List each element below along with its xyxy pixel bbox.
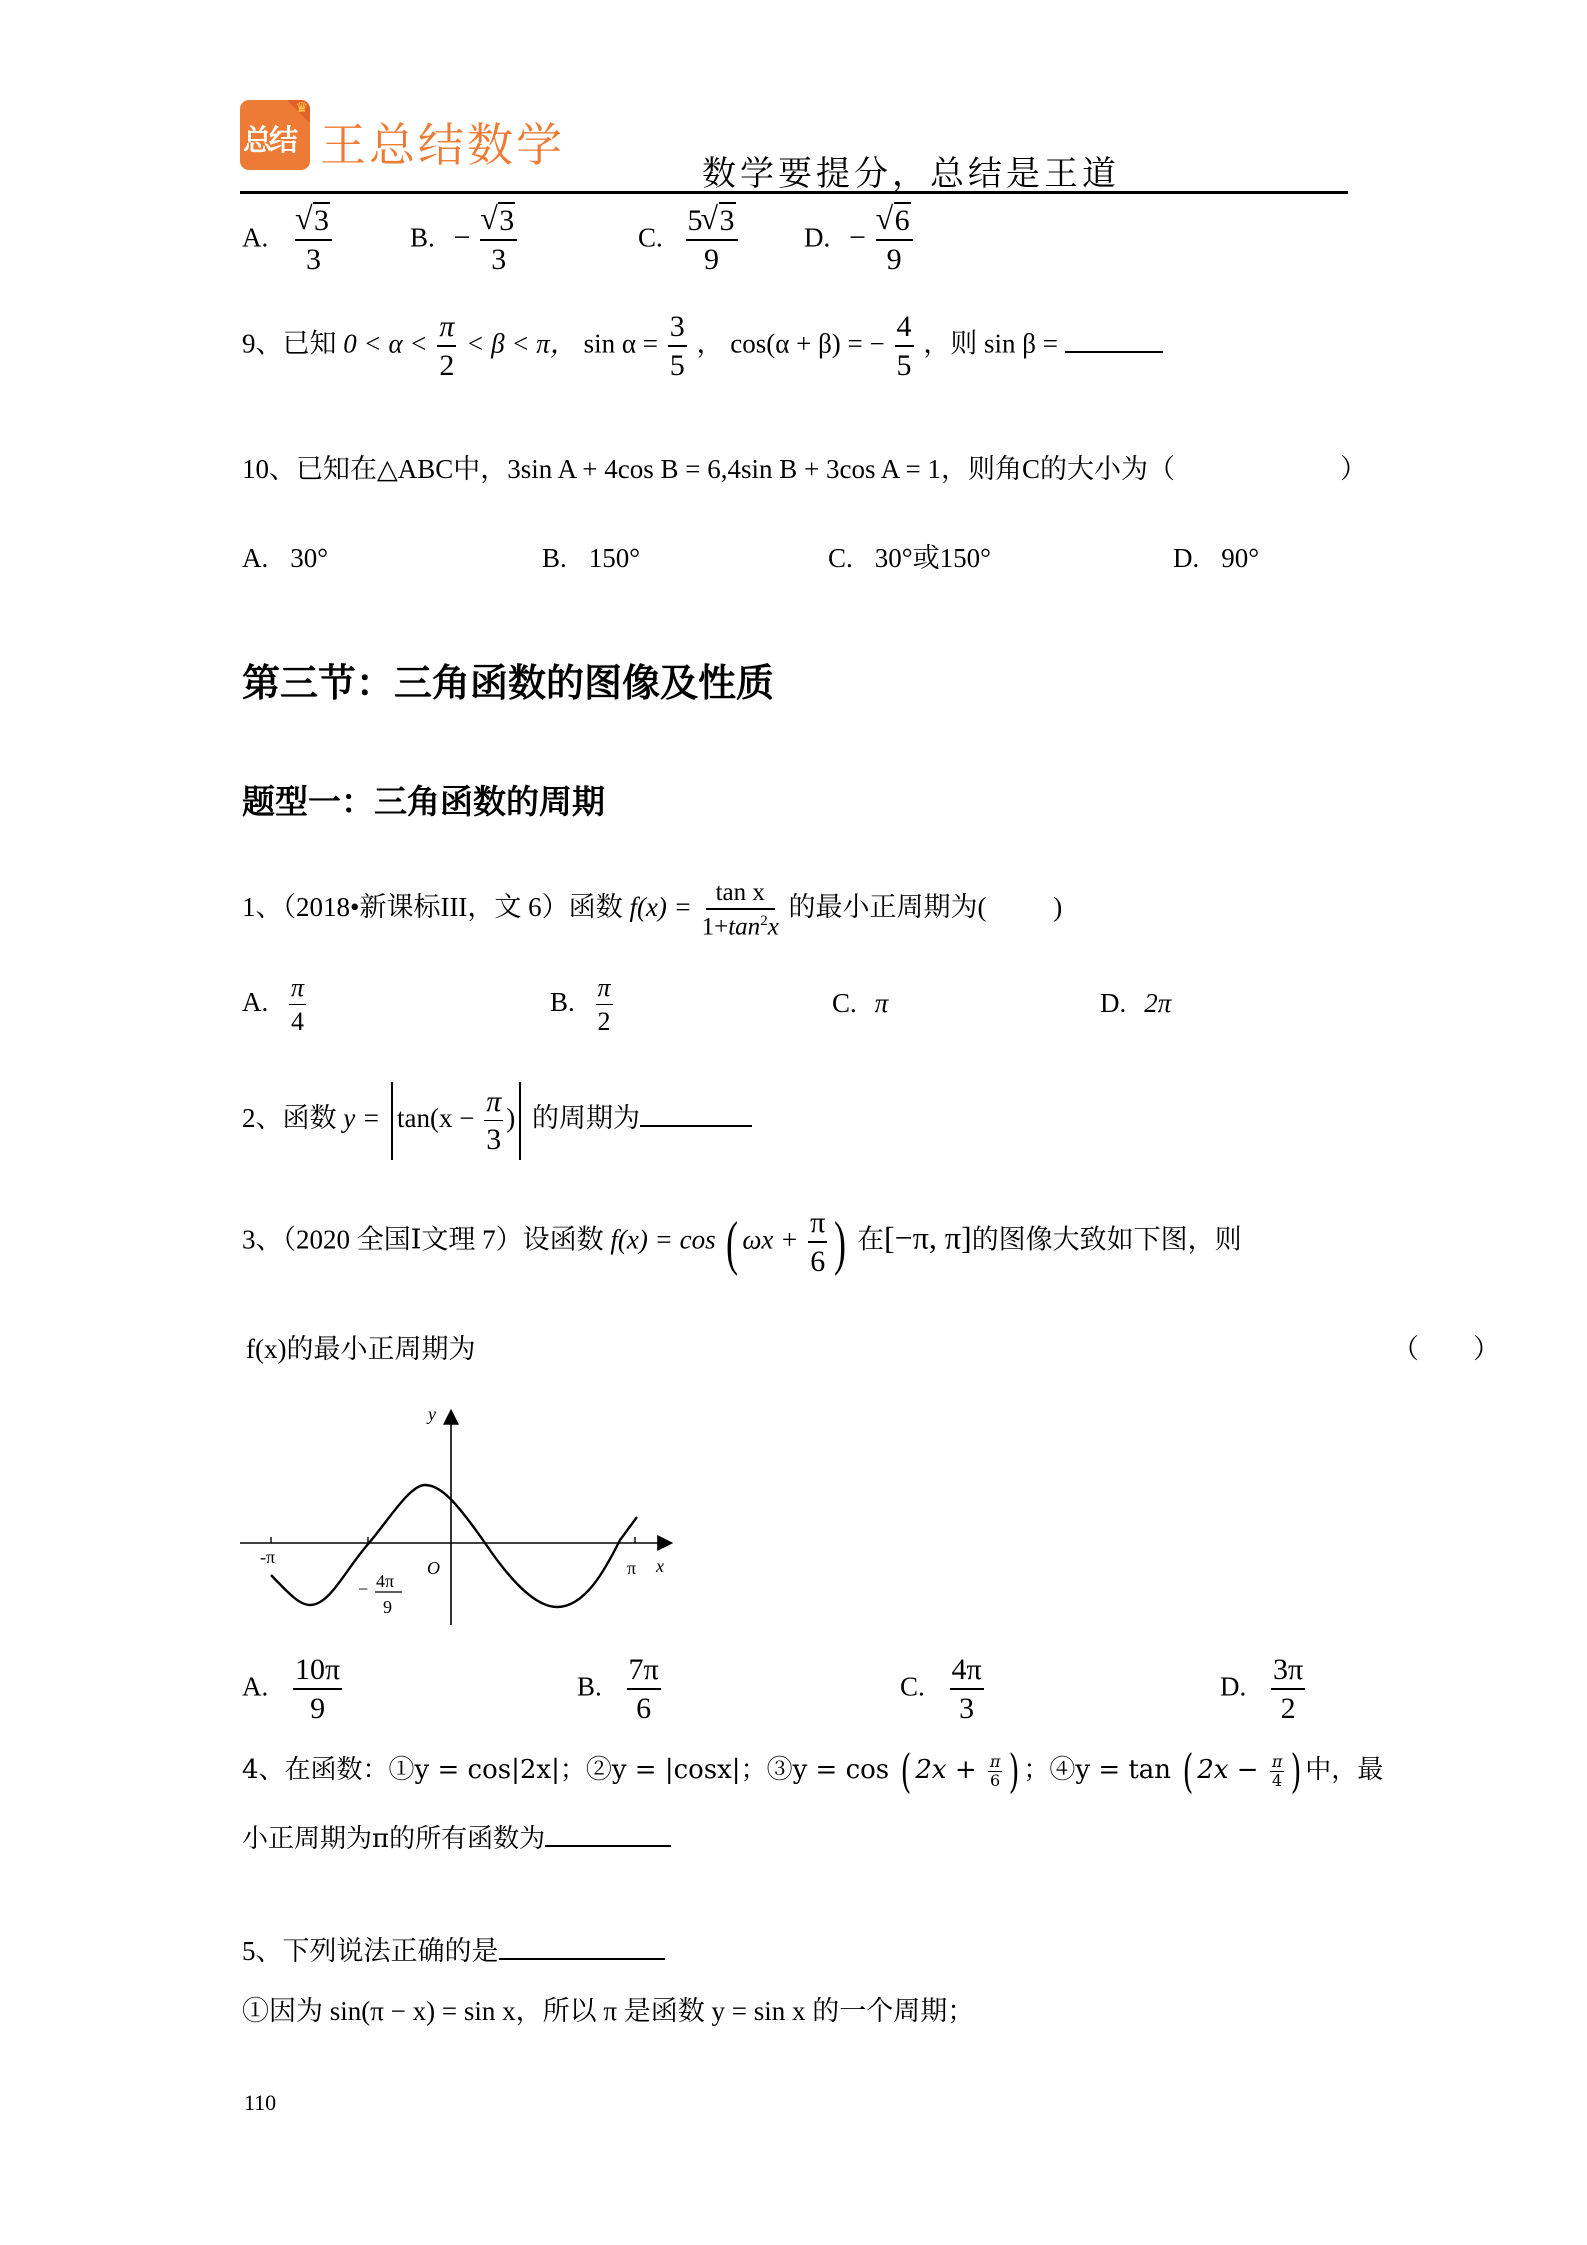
q8-option-b: B. − 3 3 bbox=[410, 206, 520, 275]
q10-option-d: D.90° bbox=[1173, 545, 1259, 572]
comma: ， bbox=[696, 329, 723, 359]
three-fifths: 3 5 bbox=[668, 312, 687, 381]
option-fraction: 7π 6 bbox=[627, 1655, 661, 1724]
right-paren: ) bbox=[834, 1213, 846, 1273]
option-fraction: 10π 9 bbox=[293, 1655, 342, 1724]
pi-over-3: π 3 bbox=[484, 1087, 503, 1155]
label-origin: O bbox=[427, 1558, 440, 1578]
question-10: 10、已知在△ABC中，3sin A + 4cos B = 6,4sin B +… bbox=[242, 456, 1175, 483]
numerator: 4π bbox=[950, 1655, 984, 1690]
radicand: 3 bbox=[498, 202, 515, 237]
option-label: D. bbox=[804, 223, 830, 253]
right-paren: ) bbox=[1009, 1748, 1020, 1794]
cosine-graph: -π O π x y − 4π 9 bbox=[230, 1400, 680, 1640]
radicand: 3 bbox=[313, 202, 330, 237]
option-value: 2π bbox=[1144, 988, 1171, 1018]
answer-blank[interactable] bbox=[640, 1125, 752, 1127]
denominator: 2 bbox=[439, 347, 454, 381]
numerator: 3 bbox=[668, 312, 687, 347]
answer-paren[interactable]: ) bbox=[1053, 892, 1062, 922]
q8-option-a: A. 3 3 bbox=[242, 206, 335, 275]
problem-5-item-1: ①因为 sin(π − x) = sin x，所以 π 是函数 y = sin … bbox=[242, 1998, 974, 2025]
denominator: 4 bbox=[1272, 1772, 1282, 1789]
option-fraction: 4π 3 bbox=[950, 1655, 984, 1724]
option-value: 30°或150° bbox=[875, 543, 991, 573]
option-value: 90° bbox=[1221, 543, 1259, 573]
option-label: C. bbox=[832, 988, 857, 1018]
inner-expression: 2x + bbox=[915, 1755, 976, 1785]
problem-4: 4、在函数：①y = cos|2x|；②y = |cosx|；③y = cos … bbox=[242, 1748, 1383, 1794]
label-minus: − bbox=[358, 1579, 368, 1599]
numerator: 4 bbox=[895, 312, 914, 347]
denominator: 6 bbox=[636, 1690, 651, 1724]
label-9: 9 bbox=[383, 1597, 392, 1617]
question-prefix: 2、函数 bbox=[242, 1103, 337, 1133]
tan-expression: tan(x − bbox=[397, 1103, 474, 1133]
statement-text: ①因为 sin(π − x) = sin x，所以 π 是函数 y = sin … bbox=[242, 1996, 974, 2026]
option-label: B. bbox=[550, 987, 575, 1017]
numerator: π bbox=[289, 975, 306, 1005]
numerator: π bbox=[808, 1208, 827, 1243]
question-type-title: 题型一：三角函数的周期 bbox=[242, 776, 605, 823]
question-9: 9、已知 0 < α < π 2 < β < π， sin α = 3 5 ， … bbox=[242, 312, 1163, 381]
problem-3: 3、（2020 全国Ⅰ文理 7）设函数 f(x) = cos (ωx + π 6… bbox=[242, 1208, 1242, 1277]
question-text: 5、下列说法正确的是 bbox=[242, 1936, 499, 1966]
question-text: 10、已知在△ABC中，3sin A + 4cos B = 6,4sin B +… bbox=[242, 454, 1175, 484]
function-lhs: f(x) = cos bbox=[610, 1225, 715, 1255]
minus-sign: − bbox=[454, 221, 471, 254]
radicand: 3 bbox=[719, 202, 736, 237]
question-text: 4、在函数：①y = cos|2x|；②y = |cosx|；③y = cos bbox=[242, 1755, 889, 1785]
numerator: π bbox=[1270, 1754, 1285, 1772]
option-label: C. bbox=[638, 223, 663, 253]
problem-3-line2: f(x)的最小正周期为 bbox=[246, 1336, 475, 1363]
problem-2: 2、函数 y = tan(x − π 3 ) 的周期为 bbox=[242, 1082, 752, 1160]
option-fraction: 3π 2 bbox=[1271, 1655, 1305, 1724]
option-label: A. bbox=[242, 223, 268, 253]
option-label: A. bbox=[242, 543, 268, 573]
abs-bar-right bbox=[519, 1082, 521, 1160]
question-prefix: 9、已知 bbox=[242, 329, 337, 359]
q10-option-c: C.30°或150° bbox=[828, 545, 991, 572]
denominator: 3 bbox=[959, 1690, 974, 1724]
numerator: tan x bbox=[716, 879, 765, 906]
minus-sign: − bbox=[849, 221, 866, 254]
right-paren: ) bbox=[506, 1103, 515, 1133]
denominator: 5 bbox=[670, 347, 685, 381]
problem-4-line2: 小正周期为π的所有函数为 bbox=[242, 1826, 671, 1852]
q8-option-c: C. 53 9 bbox=[638, 206, 741, 275]
numerator: 3π bbox=[1271, 1655, 1305, 1690]
question-suffix: 的图像大致如下图，则 bbox=[972, 1225, 1242, 1255]
answer-blank[interactable] bbox=[499, 1958, 665, 1960]
question-text: 中，最 bbox=[1305, 1755, 1383, 1785]
option-label: D. bbox=[1100, 988, 1126, 1018]
p1-option-d: D.2π bbox=[1100, 990, 1171, 1017]
four-fifths: 4 5 bbox=[895, 312, 914, 381]
label-4pi: 4π bbox=[376, 1571, 394, 1591]
option-label: A. bbox=[242, 987, 268, 1017]
connector: 在 bbox=[857, 1225, 884, 1255]
denominator-part: 1+ bbox=[702, 913, 729, 940]
denominator: 9 bbox=[310, 1690, 325, 1724]
sin-beta: sin β = bbox=[984, 329, 1058, 359]
denominator: 6 bbox=[810, 1243, 825, 1277]
numerator: π bbox=[437, 312, 456, 347]
question-suffix: 的最小正周期为( bbox=[789, 892, 987, 922]
numerator: π bbox=[484, 1087, 503, 1121]
function-lhs: y = bbox=[343, 1103, 380, 1133]
option-fraction: 3 3 bbox=[480, 206, 517, 275]
cos-alpha-beta: cos(α + β) = − bbox=[730, 329, 885, 359]
option-fraction: π 4 bbox=[289, 975, 306, 1035]
p3-option-c: C. 4π 3 bbox=[900, 1655, 987, 1724]
option-value: 150° bbox=[589, 543, 640, 573]
option-label: A. bbox=[242, 1672, 268, 1702]
denominator: 3 bbox=[486, 1121, 501, 1155]
tan-fraction: tan x 1+tan2x bbox=[702, 880, 779, 939]
pi-over-4: π 4 bbox=[1270, 1754, 1285, 1789]
p3-answer-paren[interactable]: （ ） bbox=[1392, 1336, 1500, 1363]
numerator: π bbox=[988, 1754, 1003, 1772]
denominator: 2 bbox=[598, 1005, 611, 1035]
question-prefix: 3、（2020 全国Ⅰ文理 7）设函数 bbox=[242, 1225, 604, 1255]
q8-option-d: D. − 6 9 bbox=[804, 206, 916, 275]
interval: [−π, π] bbox=[884, 1220, 972, 1256]
option-fraction: 6 9 bbox=[876, 206, 913, 275]
option-label: B. bbox=[542, 543, 567, 573]
option-label: C. bbox=[828, 543, 853, 573]
denominator: 9 bbox=[704, 241, 719, 275]
label-neg-pi: -π bbox=[260, 1547, 275, 1567]
label-x: x bbox=[655, 1556, 664, 1576]
condition: < β < π， bbox=[466, 329, 577, 359]
p1-option-b: B. π 2 bbox=[550, 975, 616, 1035]
q10-answer-paren[interactable]: ） bbox=[1340, 456, 1367, 483]
question-text: f(x)的最小正周期为 bbox=[246, 1334, 475, 1364]
header-slogan: 数学要提分，总结是王道 bbox=[702, 146, 1120, 195]
question-text: 小正周期为π的所有函数为 bbox=[242, 1824, 545, 1854]
section-title: 第三节：三角函数的图像及性质 bbox=[242, 652, 774, 707]
option-label: D. bbox=[1220, 1672, 1246, 1702]
p3-option-a: A. 10π 9 bbox=[242, 1655, 345, 1724]
label-y: y bbox=[426, 1404, 436, 1424]
exponent: 2 bbox=[760, 913, 768, 929]
q10-option-a: A.30° bbox=[242, 545, 328, 572]
problem-5: 5、下列说法正确的是 bbox=[242, 1938, 665, 1965]
denominator: 9 bbox=[887, 241, 902, 275]
pi-over-6: π 6 bbox=[808, 1208, 827, 1277]
numerator: π bbox=[596, 975, 613, 1005]
denominator: 2 bbox=[1281, 1690, 1296, 1724]
option-fraction: π 2 bbox=[596, 975, 613, 1035]
q10-option-b: B.150° bbox=[542, 545, 640, 572]
option-label: B. bbox=[410, 223, 435, 253]
denominator-part: tan bbox=[728, 913, 760, 940]
option-fraction: 53 9 bbox=[686, 206, 738, 275]
denominator-part: x bbox=[768, 913, 779, 940]
denominator: 4 bbox=[291, 1005, 304, 1035]
crown-icon: ♛ bbox=[295, 100, 308, 117]
left-paren: ( bbox=[726, 1213, 738, 1273]
logo-mark: 总结 bbox=[243, 118, 295, 159]
option-fraction: 3 3 bbox=[295, 206, 332, 275]
denominator: 5 bbox=[897, 347, 912, 381]
label-pi: π bbox=[627, 1558, 636, 1578]
answer-blank[interactable] bbox=[545, 1845, 671, 1847]
left-paren: ( bbox=[1183, 1748, 1194, 1794]
page-number: 110 bbox=[244, 2090, 276, 2116]
option-label: C. bbox=[900, 1672, 925, 1702]
question-prefix: 1、（2018•新课标III，文 6）函数 bbox=[242, 892, 623, 922]
abs-bar-left bbox=[391, 1082, 393, 1160]
then-text: ，则 bbox=[923, 329, 977, 359]
pi-over-6: π 6 bbox=[988, 1754, 1003, 1789]
denominator: 6 bbox=[990, 1772, 1000, 1789]
function-name: f(x) = bbox=[629, 892, 691, 922]
radicand: 6 bbox=[894, 202, 911, 237]
answer-blank[interactable] bbox=[1065, 351, 1163, 353]
numerator: 7π bbox=[627, 1655, 661, 1690]
right-paren: ) bbox=[1291, 1748, 1302, 1794]
p1-option-a: A. π 4 bbox=[242, 975, 309, 1035]
question-text: ；④y = tan bbox=[1023, 1755, 1171, 1785]
condition: 0 < α < bbox=[343, 329, 427, 359]
question-suffix: 的周期为 bbox=[532, 1103, 640, 1133]
denominator: 3 bbox=[306, 241, 321, 275]
p1-option-c: C.π bbox=[832, 990, 888, 1017]
p3-option-d: D. 3π 2 bbox=[1220, 1655, 1308, 1724]
pi-over-2: π 2 bbox=[437, 312, 456, 381]
option-label: D. bbox=[1173, 543, 1199, 573]
p3-option-b: B. 7π 6 bbox=[577, 1655, 664, 1724]
option-label: B. bbox=[577, 1672, 602, 1702]
denominator: 3 bbox=[491, 241, 506, 275]
omega-term: ωx + bbox=[742, 1225, 798, 1255]
option-value: π bbox=[875, 988, 889, 1018]
logo-badge: ♛ 总结 bbox=[240, 100, 310, 170]
left-paren: ( bbox=[901, 1748, 912, 1794]
sin-alpha: sin α = bbox=[584, 329, 658, 359]
logo-text: 王总结数学 bbox=[320, 109, 565, 175]
curve bbox=[271, 1485, 637, 1607]
option-value: 30° bbox=[290, 543, 328, 573]
inner-expression: 2x − bbox=[1197, 1755, 1258, 1785]
numerator: 10π bbox=[293, 1655, 342, 1690]
header-divider bbox=[240, 191, 1348, 194]
problem-1: 1、（2018•新课标III，文 6）函数 f(x) = tan x 1+tan… bbox=[242, 880, 1062, 939]
